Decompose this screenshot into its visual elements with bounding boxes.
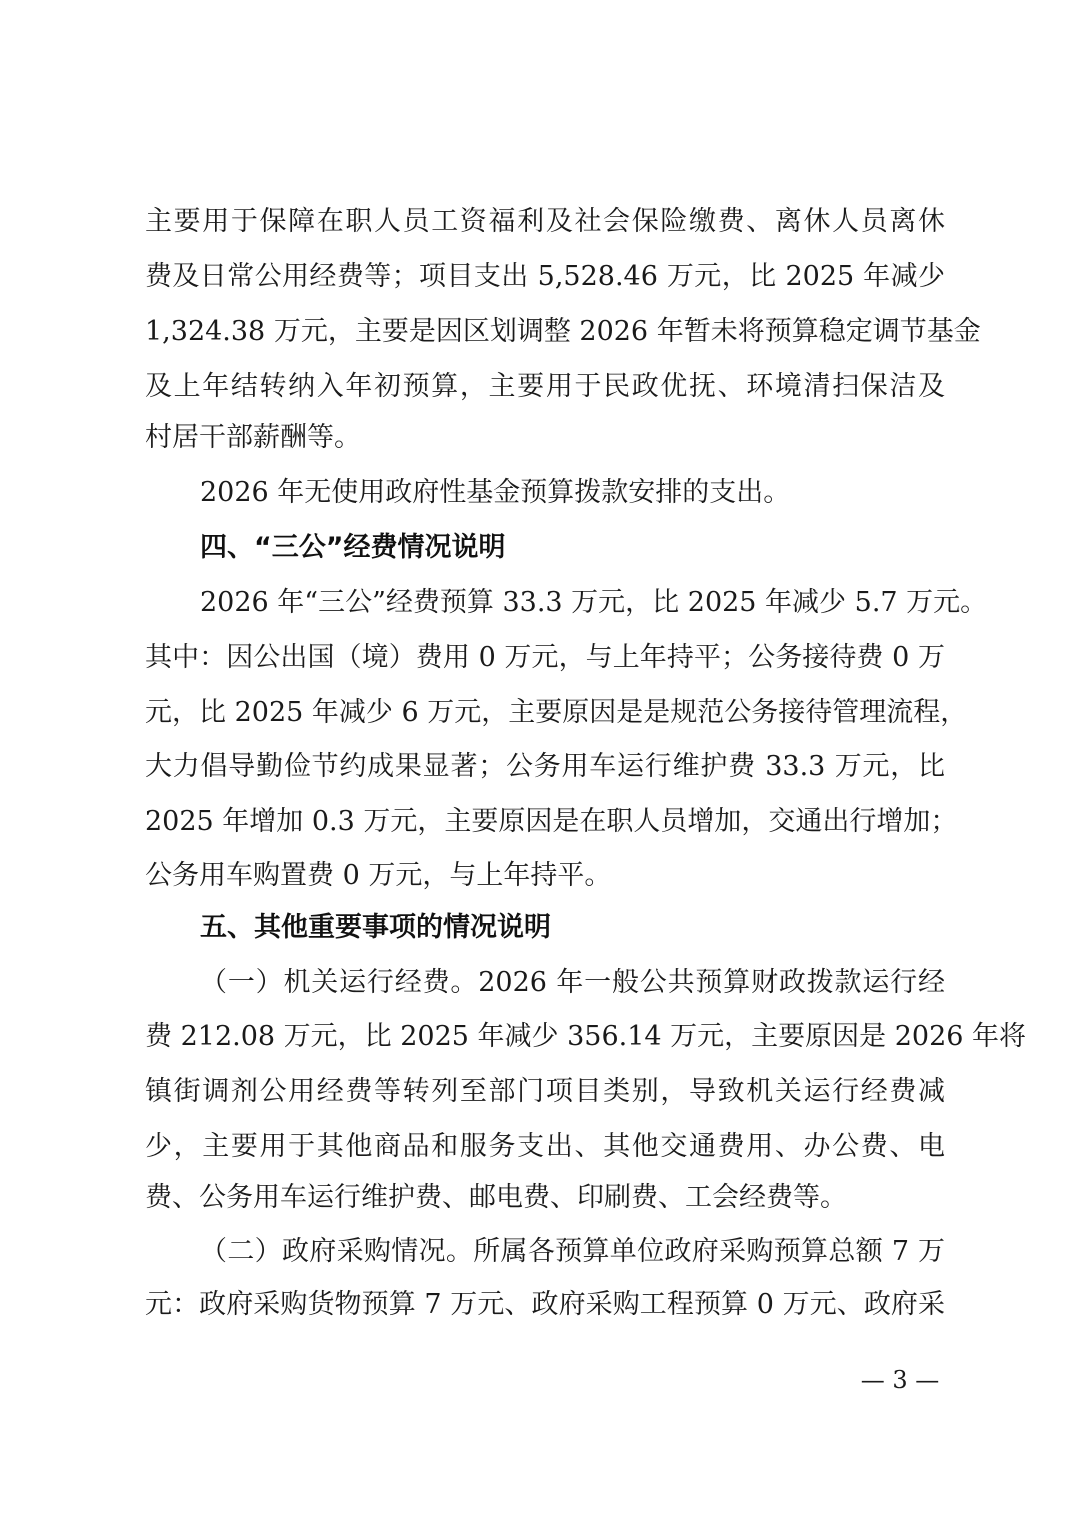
body-text-line: （二）政府采购情况。所属各预算单位政府采购预算总额 7 万: [200, 1232, 945, 1272]
document-page: 主要用于保障在职人员工资福利及社会保险缴费、离休人员离休 费及日常公用经费等；项…: [0, 0, 1074, 1520]
body-text-line: 公务用车购置费 0 万元，与上年持平。: [145, 856, 945, 896]
body-text-line: 镇街调剂公用经费等转列至部门项目类别，导致机关运行经费减: [145, 1072, 945, 1112]
body-text-line: 2025 年增加 0.3 万元，主要原因是在职人员增加，交通出行增加；: [145, 802, 945, 842]
body-text-line: 其中：因公出国（境）费用 0 万元，与上年持平；公务接待费 0 万: [145, 638, 945, 678]
body-text-line: 2026 年“三公”经费预算 33.3 万元，比 2025 年减少 5.7 万元…: [200, 583, 945, 623]
body-text-line: 大力倡导勤俭节约成果显著；公务用车运行维护费 33.3 万元，比: [145, 747, 945, 787]
body-text-line: 少，主要用于其他商品和服务支出、其他交通费用、办公费、电: [145, 1127, 945, 1167]
body-text-line: 主要用于保障在职人员工资福利及社会保险缴费、离休人员离休: [145, 202, 945, 242]
section-heading: 四、“三公”经费情况说明: [200, 528, 945, 568]
body-text-line: 及上年结转纳入年初预算，主要用于民政优抚、环境清扫保洁及: [145, 367, 945, 407]
body-text-line: 费及日常公用经费等；项目支出 5,528.46 万元，比 2025 年减少: [145, 257, 945, 297]
body-text-line: （一）机关运行经费。2026 年一般公共预算财政拨款运行经: [200, 963, 945, 1003]
body-text-line: 元，比 2025 年减少 6 万元，主要原因是是规范公务接待管理流程，: [145, 693, 945, 733]
body-text-line: 费、公务用车运行维护费、邮电费、印刷费、工会经费等。: [145, 1178, 945, 1218]
body-text-line: 元：政府采购货物预算 7 万元、政府采购工程预算 0 万元、政府采: [145, 1285, 945, 1325]
body-text-line: 费 212.08 万元，比 2025 年减少 356.14 万元，主要原因是 2…: [145, 1017, 945, 1057]
body-text-line: 1,324.38 万元，主要是因区划调整 2026 年暂未将预算稳定调节基金: [145, 312, 945, 352]
body-text-line: 2026 年无使用政府性基金预算拨款安排的支出。: [200, 473, 945, 513]
page-number: — 3 —: [855, 1362, 945, 1398]
section-heading: 五、其他重要事项的情况说明: [200, 908, 945, 948]
body-text-line: 村居干部薪酬等。: [145, 418, 945, 458]
